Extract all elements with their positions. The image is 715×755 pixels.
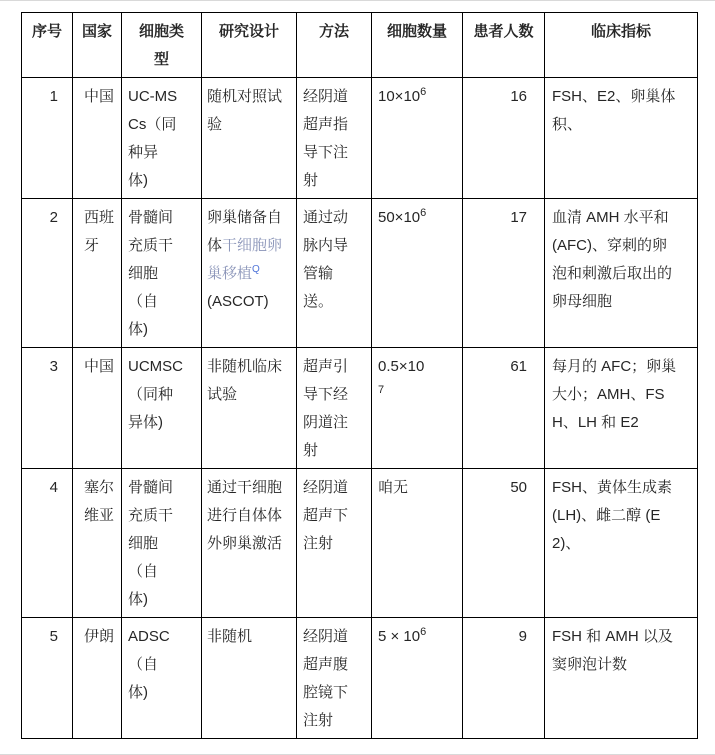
cell-patient-count: 9	[463, 618, 545, 739]
cell-quantity: 0.5×10 7	[372, 348, 463, 469]
design-text: (ASCOT)	[207, 293, 269, 310]
cell-quantity: 50×106	[372, 199, 463, 348]
cell-clinical-indicators: 血清 AMH 水平和 (AFC)、穿刺的卵 泡和刺激后取出的 卵母细胞	[545, 199, 698, 348]
cell-country: 中国	[73, 348, 122, 469]
column-header-cell-type: 细胞类 型	[122, 13, 202, 78]
table-row: 1 中国 UC-MS Cs（同 种异 体) 随机对照试 验 经阴道 超声指 导下…	[22, 78, 698, 199]
quantity-exponent: 6	[420, 86, 426, 98]
cell-patient-count: 61	[463, 348, 545, 469]
cell-country: 中国	[73, 78, 122, 199]
cell-cell-type: 骨髓间 充质干 细胞 （自 体)	[122, 199, 202, 348]
quantity-base: 0.5×10	[378, 358, 424, 375]
cell-country: 塞尔 维亚	[73, 469, 122, 618]
cell-method: 经阴道 超声腹 腔镜下 注射	[297, 618, 372, 739]
cell-quantity: 咱无	[372, 469, 463, 618]
cell-cell-type: 骨髓间 充质干 细胞 （自 体)	[122, 469, 202, 618]
cell-method: 经阴道 超声指 导下注 射	[297, 78, 372, 199]
cell-clinical-indicators: FSH、E2、卵巢体 积、	[545, 78, 698, 199]
quantity-base: 5 × 10	[378, 628, 420, 645]
cell-serial: 4	[22, 469, 73, 618]
table-row: 4 塞尔 维亚 骨髓间 充质干 细胞 （自 体) 通过干细胞 进行自体体 外卵巢…	[22, 469, 698, 618]
header-row: 序号 国家 细胞类 型 研究设计 方法 细胞数量 患者人数 临床指标	[22, 13, 698, 78]
cell-serial: 5	[22, 618, 73, 739]
cell-patient-count: 16	[463, 78, 545, 199]
cell-study-design: 非随机临床 试验	[202, 348, 297, 469]
quantity-exponent: 6	[420, 626, 426, 638]
quantity-exponent: 6	[420, 207, 426, 219]
cell-study-design: 非随机	[202, 618, 297, 739]
table-row: 2 西班 牙 骨髓间 充质干 细胞 （自 体) 卵巢储备自 体干细胞卵 巢移植Q…	[22, 199, 698, 348]
column-header-method: 方法	[297, 13, 372, 78]
column-header-clinical-indicators: 临床指标	[545, 13, 698, 78]
cell-quantity: 10×106	[372, 78, 463, 199]
column-header-country: 国家	[73, 13, 122, 78]
cell-quantity: 5 × 106	[372, 618, 463, 739]
cell-study-design: 通过干细胞 进行自体体 外卵巢激活	[202, 469, 297, 618]
cell-study-design: 随机对照试 验	[202, 78, 297, 199]
cell-serial: 2	[22, 199, 73, 348]
quantity-exponent: 7	[378, 384, 384, 396]
cell-serial: 3	[22, 348, 73, 469]
cell-method: 超声引 导下经 阴道注 射	[297, 348, 372, 469]
cell-clinical-indicators: 每月的 AFC；卵巢 大小；AMH、FS H、LH 和 E2	[545, 348, 698, 469]
cell-cell-type: UCMSC （同种 异体)	[122, 348, 202, 469]
cell-serial: 1	[22, 78, 73, 199]
cell-study-design: 卵巢储备自 体干细胞卵 巢移植Q (ASCOT)	[202, 199, 297, 348]
cell-clinical-indicators: FSH、黄体生成素 (LH)、雌二醇 (E 2)、	[545, 469, 698, 618]
cell-country: 西班 牙	[73, 199, 122, 348]
clinical-studies-table: 序号 国家 细胞类 型 研究设计 方法 细胞数量 患者人数 临床指标 1 中国 …	[21, 12, 698, 739]
column-header-patient-count: 患者人数	[463, 13, 545, 78]
cell-method: 经阴道 超声下 注射	[297, 469, 372, 618]
cell-patient-count: 17	[463, 199, 545, 348]
quantity-base: 50×10	[378, 209, 420, 226]
cell-method: 通过动 脉内导 管输 送。	[297, 199, 372, 348]
column-header-study-design: 研究设计	[202, 13, 297, 78]
cell-clinical-indicators: FSH 和 AMH 以及 窦卵泡计数	[545, 618, 698, 739]
table-row: 3 中国 UCMSC （同种 异体) 非随机临床 试验 超声引 导下经 阴道注 …	[22, 348, 698, 469]
cell-country: 伊朗	[73, 618, 122, 739]
cell-patient-count: 50	[463, 469, 545, 618]
quantity-base: 咱无	[378, 479, 408, 496]
cell-cell-type: ADSC （自 体)	[122, 618, 202, 739]
table-row: 5 伊朗 ADSC （自 体) 非随机 经阴道 超声腹 腔镜下 注射 5 × 1…	[22, 618, 698, 739]
cell-cell-type: UC-MS Cs（同 种异 体)	[122, 78, 202, 199]
column-header-serial: 序号	[22, 13, 73, 78]
document-page: 序号 国家 细胞类 型 研究设计 方法 细胞数量 患者人数 临床指标 1 中国 …	[0, 0, 715, 755]
column-header-cell-quantity: 细胞数量	[372, 13, 463, 78]
search-superscript-icon[interactable]: Q	[252, 264, 260, 275]
quantity-base: 10×10	[378, 88, 420, 105]
